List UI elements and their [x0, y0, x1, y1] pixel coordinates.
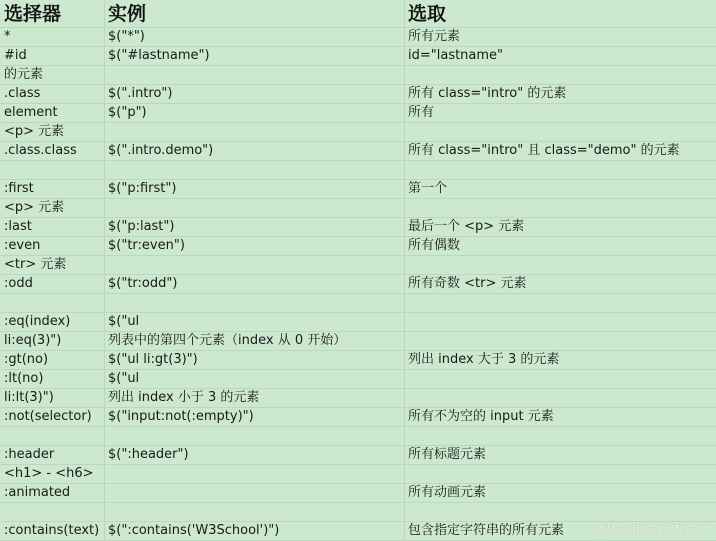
- table-row: element$("p")所有: [0, 104, 716, 123]
- selects-cell: 所有标题元素: [405, 446, 716, 464]
- selector-cell: [0, 503, 105, 521]
- example-cell: 列出 index 小于 3 的元素: [105, 389, 405, 407]
- table-row: :odd$("tr:odd")所有奇数 <tr> 元素: [0, 275, 716, 294]
- example-cell: $("tr:odd"): [105, 275, 405, 293]
- selects-cell: 所有偶数: [405, 237, 716, 255]
- selector-cell: :animated: [0, 484, 105, 502]
- table-row: 的元素: [0, 66, 716, 85]
- selects-cell: 所有奇数 <tr> 元素: [405, 275, 716, 293]
- example-cell: $(".intro"): [105, 85, 405, 103]
- table-row: <h1> - <h6>: [0, 465, 716, 484]
- selector-cell: <tr> 元素: [0, 256, 105, 274]
- selector-cell: [0, 427, 105, 445]
- selector-cell: li:lt(3)"): [0, 389, 105, 407]
- example-cell: $("p:last"): [105, 218, 405, 236]
- selector-cell: :even: [0, 237, 105, 255]
- header-selector: 选择器: [0, 0, 105, 27]
- selector-cell: :odd: [0, 275, 105, 293]
- selects-cell: 所有动画元素: [405, 484, 716, 502]
- selector-cell: :first: [0, 180, 105, 198]
- selects-cell: [405, 161, 716, 179]
- example-cell: $("p"): [105, 104, 405, 122]
- selects-cell: [405, 294, 716, 312]
- example-cell: [105, 66, 405, 84]
- table-row: [0, 294, 716, 313]
- selects-cell: [405, 123, 716, 141]
- selector-cell: *: [0, 28, 105, 46]
- table-row: :not(selector)$("input:not(:empty)")所有不为…: [0, 408, 716, 427]
- example-cell: [105, 465, 405, 483]
- selects-cell: 所有 class="intro" 且 class="demo" 的元素: [405, 142, 716, 160]
- selector-cell: element: [0, 104, 105, 122]
- example-cell: [105, 256, 405, 274]
- selects-cell: [405, 199, 716, 217]
- table-row: :animated所有动画元素: [0, 484, 716, 503]
- example-cell: 列表中的第四个元素（index 从 0 开始）: [105, 332, 405, 350]
- selector-cell: <p> 元素: [0, 123, 105, 141]
- example-cell: $("ul: [105, 370, 405, 388]
- example-cell: $("input:not(:empty)"): [105, 408, 405, 426]
- selects-cell: 所有 class="intro" 的元素: [405, 85, 716, 103]
- selector-cell: :not(selector): [0, 408, 105, 426]
- example-cell: [105, 161, 405, 179]
- example-cell: $(":header"): [105, 446, 405, 464]
- table-row: [0, 161, 716, 180]
- example-cell: [105, 294, 405, 312]
- table-row: *$("*")所有元素: [0, 28, 716, 47]
- selects-cell: 所有元素: [405, 28, 716, 46]
- selector-cell: [0, 294, 105, 312]
- example-cell: [105, 427, 405, 445]
- selector-cell: :gt(no): [0, 351, 105, 369]
- example-cell: $("ul: [105, 313, 405, 331]
- selector-cell: :header: [0, 446, 105, 464]
- table-row: :header$(":header")所有标题元素: [0, 446, 716, 465]
- table-row: .class.class$(".intro.demo")所有 class="in…: [0, 142, 716, 161]
- table-row: :first$("p:first")第一个: [0, 180, 716, 199]
- selector-cell: :lt(no): [0, 370, 105, 388]
- selects-cell: [405, 66, 716, 84]
- table-row: :gt(no)$("ul li:gt(3)")列出 index 大于 3 的元素: [0, 351, 716, 370]
- selects-cell: [405, 313, 716, 331]
- table-header-row: 选择器 实例 选取: [0, 0, 716, 28]
- table-row: #id$("#lastname")id="lastname": [0, 47, 716, 66]
- table-row: .class$(".intro")所有 class="intro" 的元素: [0, 85, 716, 104]
- selects-cell: id="lastname": [405, 47, 716, 65]
- example-cell: $(".intro.demo"): [105, 142, 405, 160]
- example-cell: [105, 484, 405, 502]
- example-cell: $("p:first"): [105, 180, 405, 198]
- selects-cell: [405, 256, 716, 274]
- table-row: :last$("p:last")最后一个 <p> 元素: [0, 218, 716, 237]
- table-row: <tr> 元素: [0, 256, 716, 275]
- example-cell: $(":contains('W3School')"): [105, 522, 405, 540]
- example-cell: $("*"): [105, 28, 405, 46]
- selector-cell: li:eq(3)"): [0, 332, 105, 350]
- selects-cell: [405, 370, 716, 388]
- selector-cell: #id: [0, 47, 105, 65]
- table-row: :eq(index)$("ul: [0, 313, 716, 332]
- table-row: <p> 元素: [0, 123, 716, 142]
- example-cell: $("ul li:gt(3)"): [105, 351, 405, 369]
- selector-cell: [0, 161, 105, 179]
- table-row: <p> 元素: [0, 199, 716, 218]
- selector-cell: <h1> - <h6>: [0, 465, 105, 483]
- table-row: [0, 427, 716, 446]
- example-cell: [105, 503, 405, 521]
- selector-cell: :last: [0, 218, 105, 236]
- table-row: li:lt(3)")列出 index 小于 3 的元素: [0, 389, 716, 408]
- table-row: li:eq(3)")列表中的第四个元素（index 从 0 开始）: [0, 332, 716, 351]
- header-selects: 选取: [405, 0, 716, 27]
- selector-cell: :contains(text): [0, 522, 105, 540]
- example-cell: $("#lastname"): [105, 47, 405, 65]
- selector-cell: <p> 元素: [0, 199, 105, 217]
- table-row: :even$("tr:even")所有偶数: [0, 237, 716, 256]
- selects-cell: [405, 332, 716, 350]
- selects-cell: 最后一个 <p> 元素: [405, 218, 716, 236]
- selects-cell: 所有不为空的 input 元素: [405, 408, 716, 426]
- selector-cell: 的元素: [0, 66, 105, 84]
- selects-cell: [405, 427, 716, 445]
- selects-cell: 第一个: [405, 180, 716, 198]
- selector-cell: :eq(index): [0, 313, 105, 331]
- selects-cell: 所有: [405, 104, 716, 122]
- selector-cell: .class.class: [0, 142, 105, 160]
- selector-table: 选择器 实例 选取 *$("*")所有元素#id$("#lastname")id…: [0, 0, 716, 541]
- example-cell: [105, 199, 405, 217]
- example-cell: [105, 123, 405, 141]
- example-cell: $("tr:even"): [105, 237, 405, 255]
- selects-cell: 列出 index 大于 3 的元素: [405, 351, 716, 369]
- table-row: :lt(no)$("ul: [0, 370, 716, 389]
- selects-cell: [405, 389, 716, 407]
- watermark: @稀土掘金技术社区: [593, 518, 710, 537]
- selects-cell: [405, 465, 716, 483]
- header-example: 实例: [105, 0, 405, 27]
- selector-cell: .class: [0, 85, 105, 103]
